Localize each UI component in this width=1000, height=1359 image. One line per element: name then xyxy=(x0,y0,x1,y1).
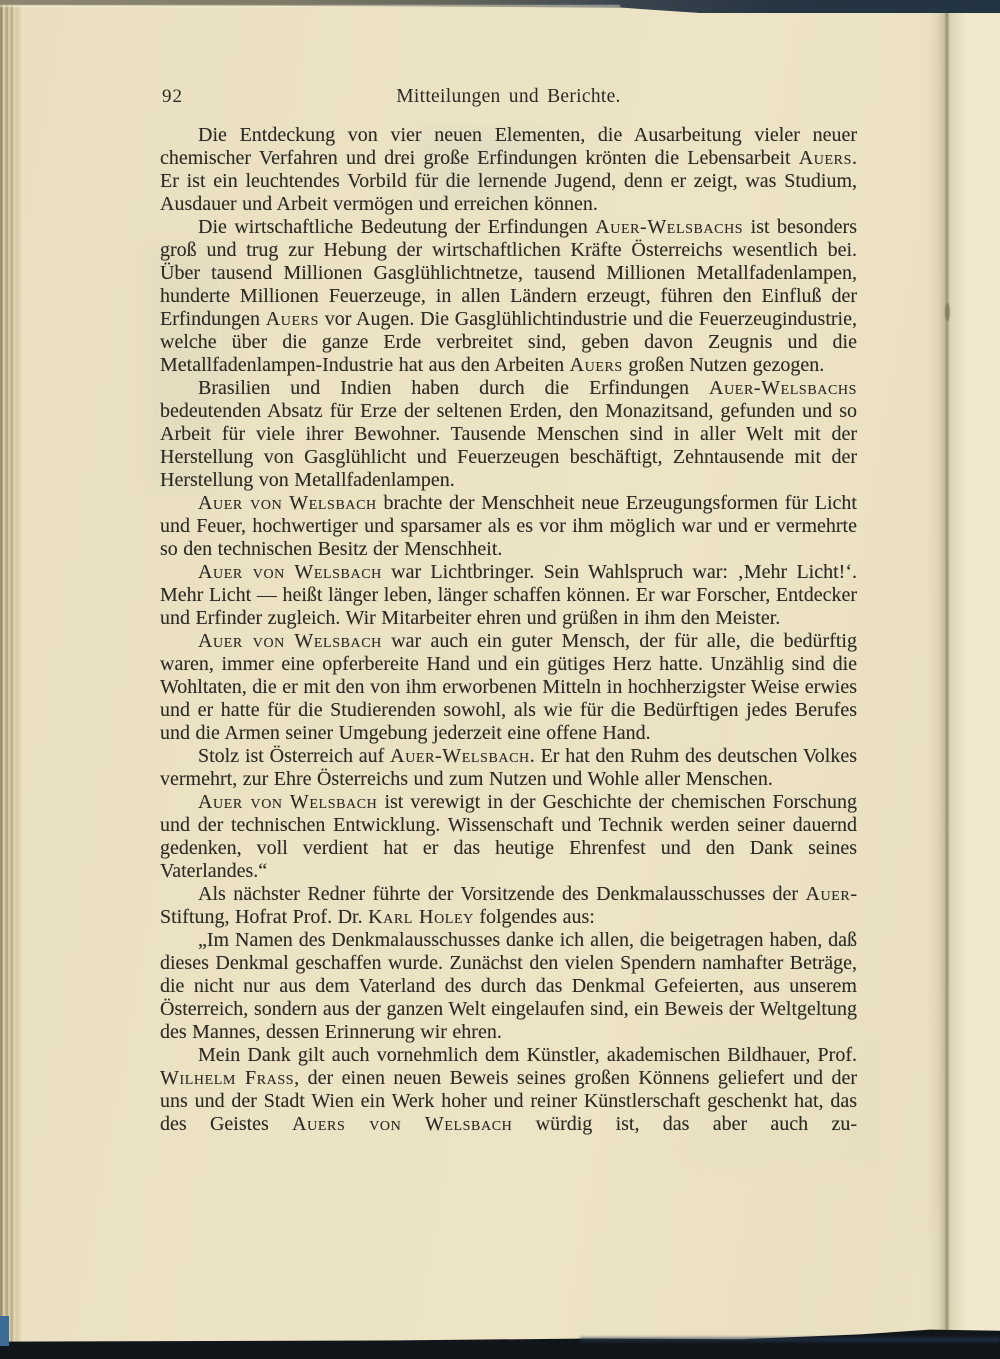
paragraph: Brasilien und Indien haben durch die Erf… xyxy=(160,377,857,492)
running-header: Mitteilungen und Berichte. xyxy=(160,86,857,108)
person-name: Auers xyxy=(570,354,623,376)
person-name: Wilhelm Frass xyxy=(160,1067,294,1089)
person-name: Auer-Welsbach xyxy=(390,745,530,767)
paragraph: Auer von Welsbach ist verewigt in der Ge… xyxy=(160,791,857,883)
fore-edge-blue-mark xyxy=(0,1316,9,1346)
text-run: Brasilien und Indien haben durch die Erf… xyxy=(198,377,709,399)
person-name: Auer von Welsbach xyxy=(198,791,377,813)
person-name: Auer-Welsbachs xyxy=(709,377,857,399)
page-gutter-shadow xyxy=(926,8,966,1339)
paragraph: Auer von Welsbach war Lichtbringer. Sein… xyxy=(160,561,857,630)
text-run: Stolz ist Österreich auf xyxy=(198,745,390,767)
page-stack-edges xyxy=(0,5,24,1343)
text-run: folgendes aus: xyxy=(474,906,595,928)
person-name: Auer von Welsbach xyxy=(198,561,382,583)
text-run: Die wirtschaftliche Bedeutung der Erfind… xyxy=(198,216,595,238)
person-name: Auers xyxy=(799,147,852,169)
paragraph: Auer von Welsbach brachte der Menschheit… xyxy=(160,492,857,561)
person-name: Auer xyxy=(805,883,850,905)
text-run: bedeutenden Absatz für Erze der seltenen… xyxy=(160,400,857,491)
person-name: Auers xyxy=(266,308,319,330)
person-name: Auer von Welsbach xyxy=(198,492,377,514)
paragraph: Auer von Welsbach war auch ein guter Men… xyxy=(160,630,857,745)
running-header-row: 92 Mitteilungen und Berichte. xyxy=(160,86,857,112)
person-name: Auer-Welsbachs xyxy=(595,216,743,238)
paragraph: Die Entdeckung von vier neuen Elementen,… xyxy=(160,124,857,216)
paragraph: Stolz ist Österreich auf Auer-Welsbach. … xyxy=(160,745,857,791)
paragraph: Die wirtschaftliche Bedeutung der Erfind… xyxy=(160,216,857,377)
paragraph: „Im Namen des Denkmalausschusses danke i… xyxy=(160,929,857,1044)
paragraph: Als nächster Redner führte der Vorsitzen… xyxy=(160,883,857,929)
text-run: Die Entdeckung von vier neuen Elementen,… xyxy=(160,124,857,169)
text-run: würdig ist, das aber auch zu- xyxy=(512,1113,857,1135)
text-run: großen Nutzen gezogen. xyxy=(623,354,824,376)
page-top-highlight xyxy=(0,5,620,7)
ink-speck xyxy=(945,303,950,321)
text-run: Als nächster Redner führte der Vorsitzen… xyxy=(198,883,805,905)
paragraph: Mein Dank gilt auch vornehmlich dem Küns… xyxy=(160,1044,857,1136)
text-run: Mein Dank gilt auch vornehmlich dem Küns… xyxy=(198,1044,857,1066)
book-page: 92 Mitteilungen und Berichte. Die Entdec… xyxy=(0,0,1000,1359)
cover-navy-sheen xyxy=(580,1337,1000,1342)
text-run: „Im Namen des Denkmalausschusses danke i… xyxy=(160,929,857,1043)
person-name: Auer von Welsbach xyxy=(198,630,382,652)
page-number: 92 xyxy=(162,86,183,108)
text-block: Die Entdeckung von vier neuen Elementen,… xyxy=(160,124,857,1136)
person-name: Karl Holey xyxy=(368,906,474,928)
person-name: Auers von Welsbach xyxy=(292,1113,512,1135)
